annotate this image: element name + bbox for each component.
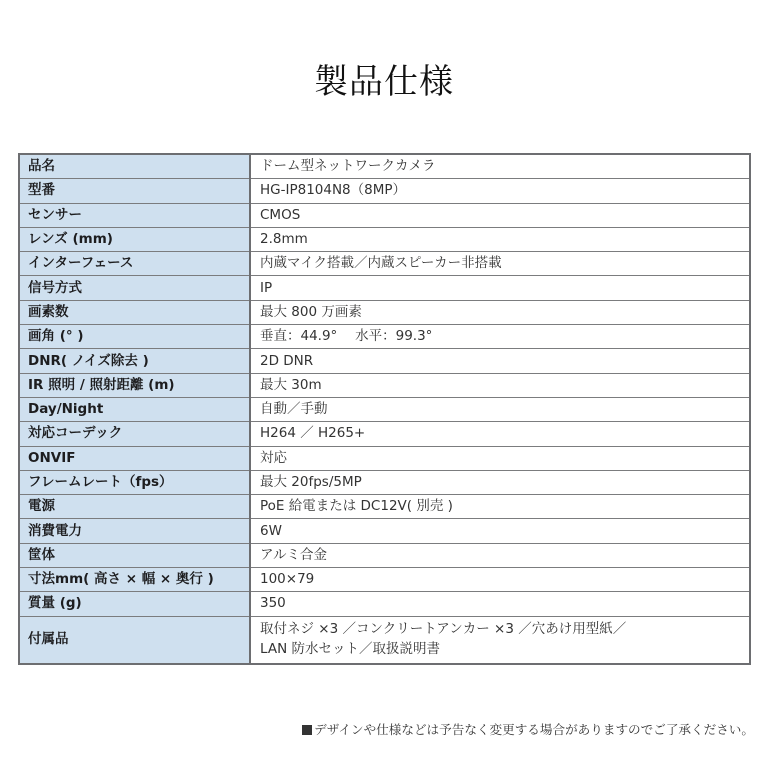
row-label: ONVIF: [19, 446, 250, 470]
table-row: ONVIF対応: [19, 446, 750, 470]
row-label: 付属品: [19, 616, 250, 664]
row-value: IP: [250, 276, 750, 300]
table-row: フレームレート（fps）最大 20fps/5MP: [19, 470, 750, 494]
table-row: 信号方式IP: [19, 276, 750, 300]
row-label: 画角 (° ): [19, 325, 250, 349]
row-label: 画素数: [19, 300, 250, 324]
row-label: レンズ (mm): [19, 227, 250, 251]
table-row: IR 照明 / 照射距離 (m)最大 30m: [19, 373, 750, 397]
row-value: 2D DNR: [250, 349, 750, 373]
table-row: レンズ (mm)2.8mm: [19, 227, 750, 251]
table-row: 消費電力6W: [19, 519, 750, 543]
row-label: インターフェース: [19, 252, 250, 276]
table-row: 品名ドーム型ネットワークカメラ: [19, 154, 750, 179]
row-value: H264 ／ H265+: [250, 422, 750, 446]
row-value: 最大 30m: [250, 373, 750, 397]
square-bullet-icon: [302, 725, 312, 735]
row-label: 筐体: [19, 543, 250, 567]
row-value: 350: [250, 592, 750, 616]
table-row: 対応コーデックH264 ／ H265+: [19, 422, 750, 446]
table-row: Day/Night自動／手動: [19, 397, 750, 421]
row-label: 寸法mm( 高さ × 幅 × 奥行 ): [19, 568, 250, 592]
row-label: Day/Night: [19, 397, 250, 421]
row-value: 100×79: [250, 568, 750, 592]
row-value: アルミ合金: [250, 543, 750, 567]
table-row: DNR( ノイズ除去 )2D DNR: [19, 349, 750, 373]
page-title: 製品仕様: [0, 54, 768, 103]
row-label: 型番: [19, 179, 250, 203]
table-row: 画角 (° )垂直：44.9° 水平：99.3°: [19, 325, 750, 349]
row-value: 最大 20fps/5MP: [250, 470, 750, 494]
row-value: 2.8mm: [250, 227, 750, 251]
row-value: 内蔵マイク搭載／内蔵スピーカー非搭載: [250, 252, 750, 276]
footnote: デザインや仕様などは予告なく変更する場合がありますのでご了承ください。: [302, 719, 754, 738]
row-label: センサー: [19, 203, 250, 227]
row-value: 最大 800 万画素: [250, 300, 750, 324]
row-value: 6W: [250, 519, 750, 543]
row-label: DNR( ノイズ除去 ): [19, 349, 250, 373]
row-value: 取付ネジ ×3 ／コンクリートアンカー ×3 ／穴あけ用型紙／ LAN 防水セッ…: [250, 616, 750, 664]
spec-table: 品名ドーム型ネットワークカメラ 型番HG-IP8104N8（8MP） センサーC…: [18, 153, 751, 665]
row-value: HG-IP8104N8（8MP）: [250, 179, 750, 203]
row-label: フレームレート（fps）: [19, 470, 250, 494]
row-value: 自動／手動: [250, 397, 750, 421]
table-row: 付属品 取付ネジ ×3 ／コンクリートアンカー ×3 ／穴あけ用型紙／ LAN …: [19, 616, 750, 664]
table-row: 寸法mm( 高さ × 幅 × 奥行 )100×79: [19, 568, 750, 592]
table-row: センサーCMOS: [19, 203, 750, 227]
row-label: 対応コーデック: [19, 422, 250, 446]
table-row: 質量 (g)350: [19, 592, 750, 616]
table-row: 型番HG-IP8104N8（8MP）: [19, 179, 750, 203]
row-label: 質量 (g): [19, 592, 250, 616]
table-row: インターフェース内蔵マイク搭載／内蔵スピーカー非搭載: [19, 252, 750, 276]
footnote-text: デザインや仕様などは予告なく変更する場合がありますのでご了承ください。: [314, 722, 754, 737]
row-value: PoE 給電または DC12V( 別売 ): [250, 495, 750, 519]
table-row: 筐体アルミ合金: [19, 543, 750, 567]
row-label: 信号方式: [19, 276, 250, 300]
row-value: 対応: [250, 446, 750, 470]
row-value: ドーム型ネットワークカメラ: [250, 154, 750, 179]
table-row: 電源PoE 給電または DC12V( 別売 ): [19, 495, 750, 519]
row-label: 電源: [19, 495, 250, 519]
row-value: CMOS: [250, 203, 750, 227]
row-value: 垂直：44.9° 水平：99.3°: [250, 325, 750, 349]
row-label: IR 照明 / 照射距離 (m): [19, 373, 250, 397]
row-label: 消費電力: [19, 519, 250, 543]
table-row: 画素数最大 800 万画素: [19, 300, 750, 324]
row-label: 品名: [19, 154, 250, 179]
accessories-line-1: 取付ネジ ×3 ／コンクリートアンカー ×3 ／穴あけ用型紙／: [260, 622, 749, 637]
accessories-line-2: LAN 防水セット／取扱説明書: [260, 642, 749, 657]
